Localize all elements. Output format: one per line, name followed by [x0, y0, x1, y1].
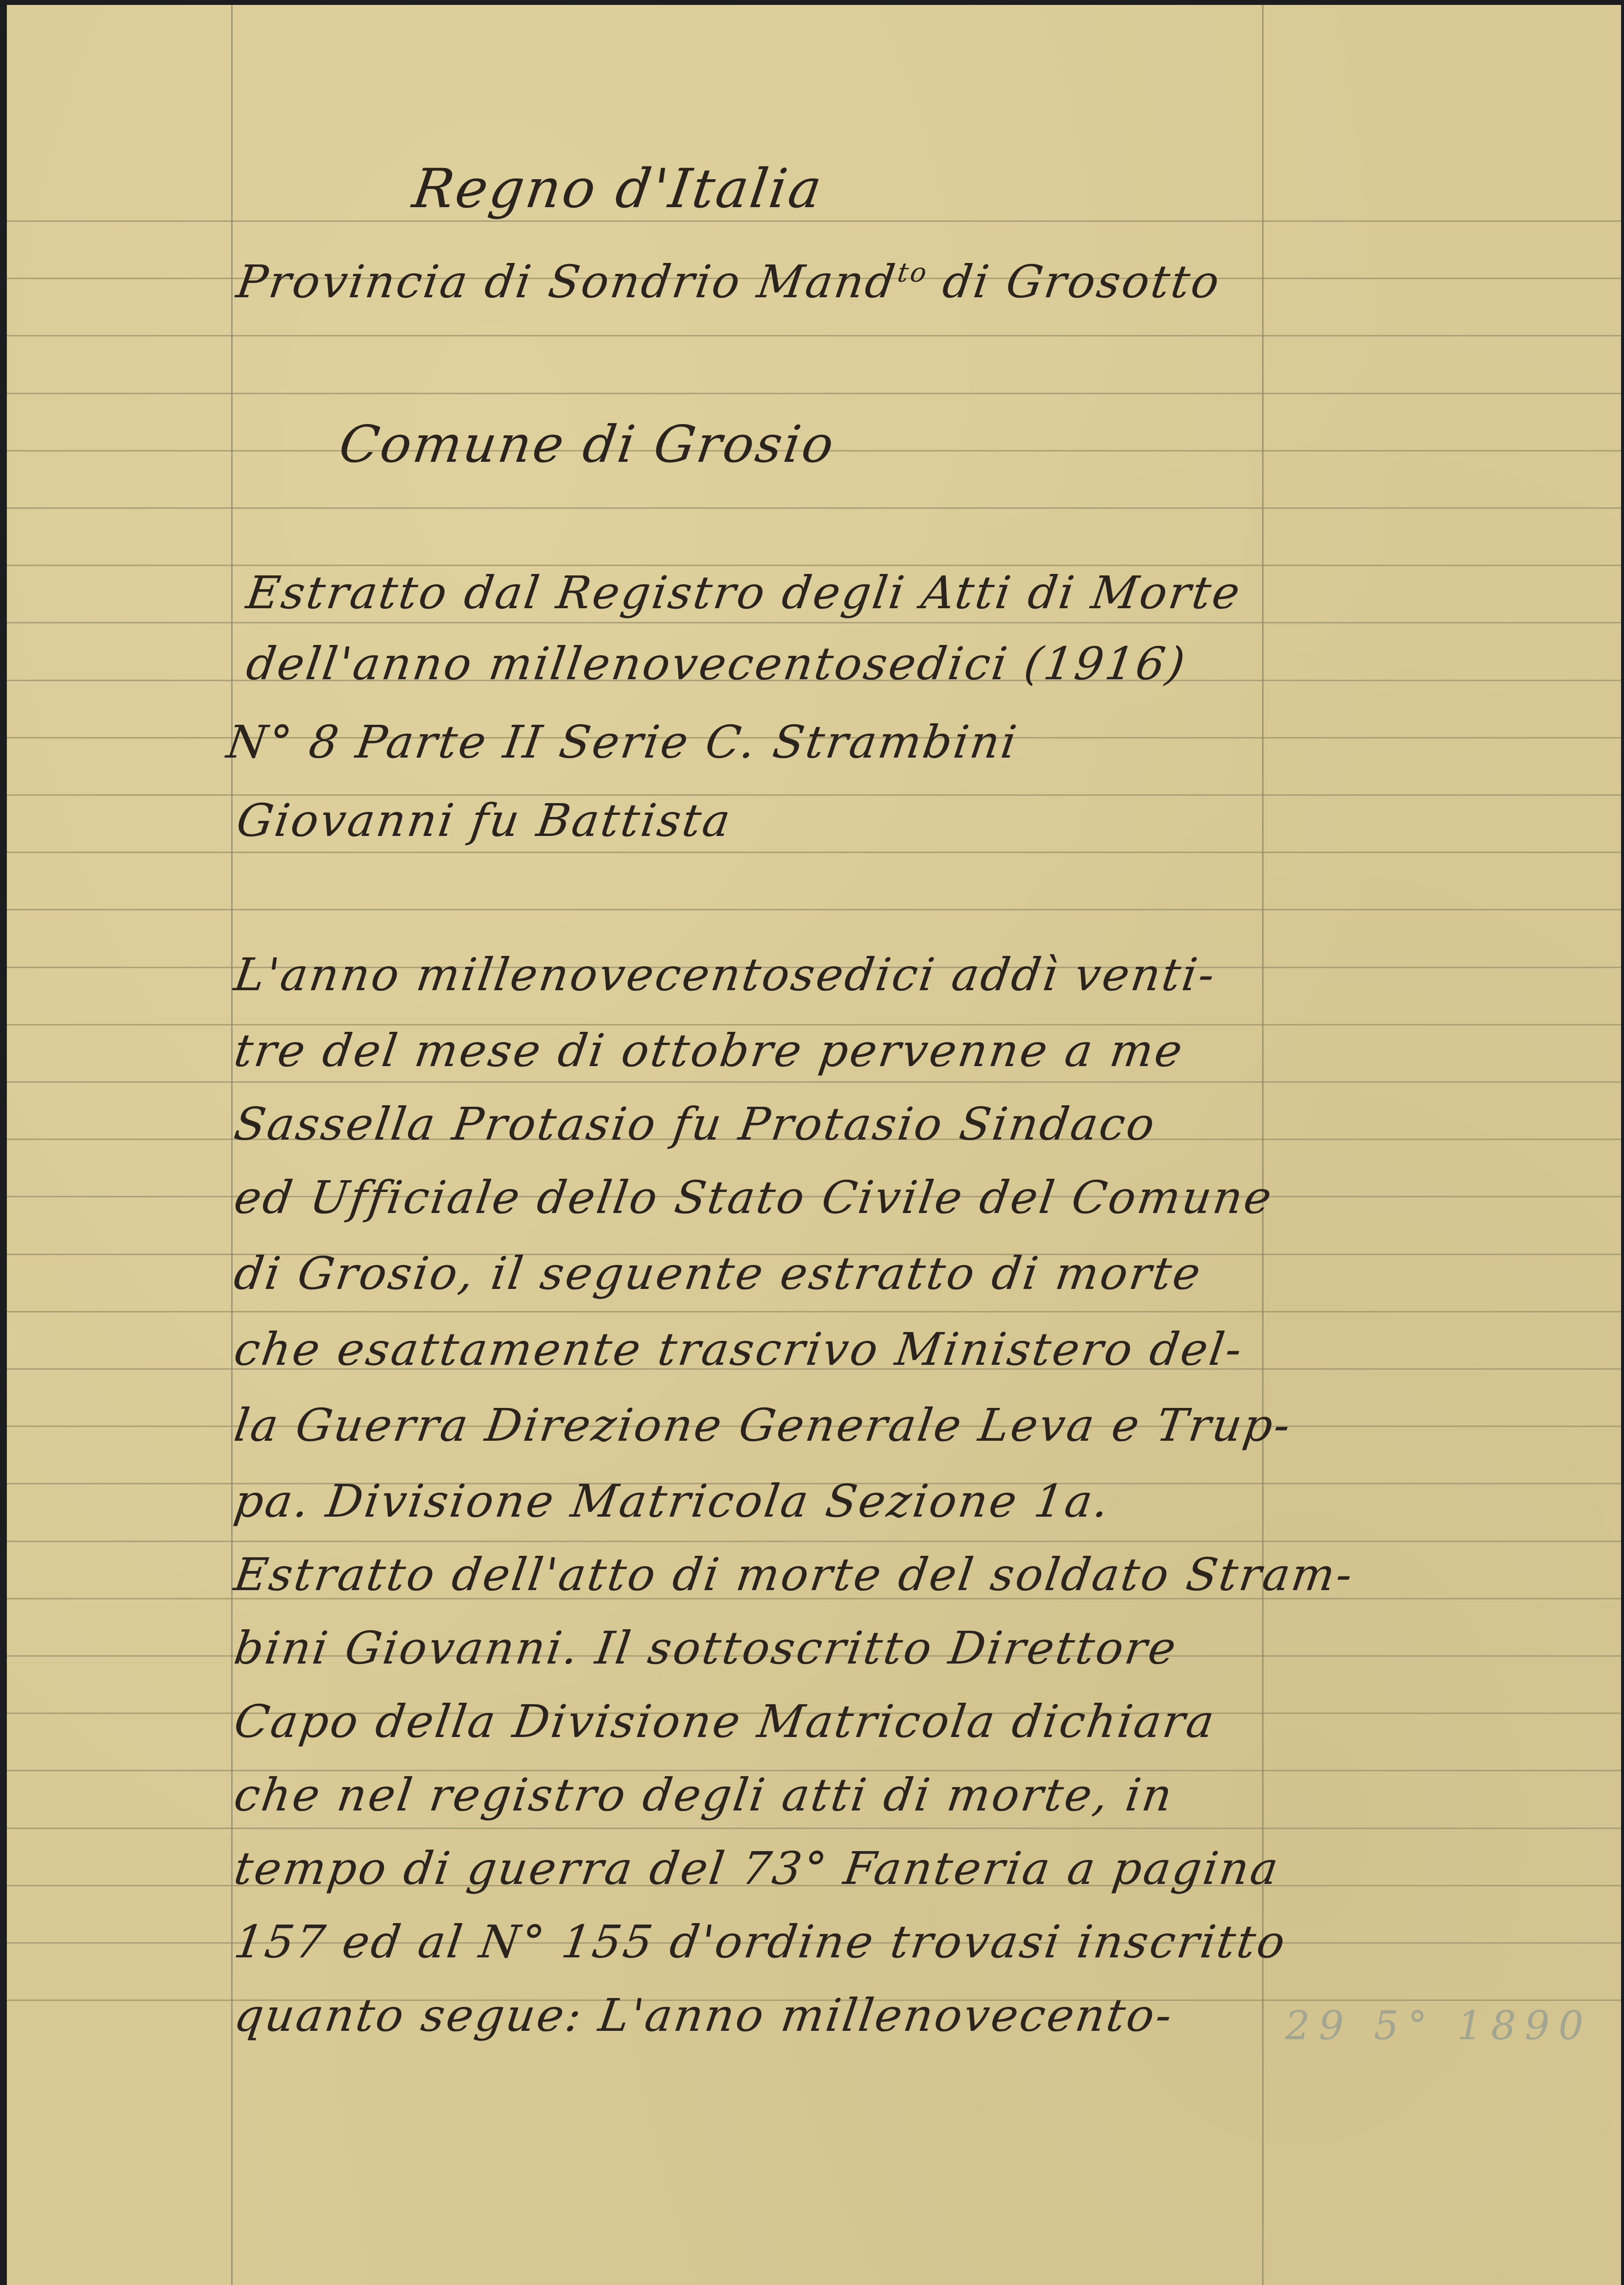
ruled-line: [7, 1828, 1621, 1829]
title-line-2: dell'anno millenovecentosedici (1916): [244, 642, 1190, 687]
body-line: pa. Divisione Matricola Sezione 1a.: [232, 1479, 1114, 1524]
body-line: che nel registro degli atti di morte, in: [232, 1773, 1177, 1818]
body-line: Sassella Protasio fu Protasio Sindaco: [232, 1102, 1159, 1147]
ruled-line: [7, 852, 1621, 853]
header-province-text: Provincia di Sondrio Mand: [234, 256, 900, 308]
body-line: tempo di guerra del 73° Fanteria a pagin…: [232, 1846, 1283, 1891]
body-line: L'anno millenovecentosedici addì venti-: [232, 952, 1219, 998]
pencil-annotation: 29 5° 1890: [1285, 2003, 1592, 2048]
document-page: Regno d'Italia Provincia di Sondrio Mand…: [7, 5, 1621, 2285]
body-line: di Grosio, il seguente estratto di morte: [232, 1251, 1205, 1296]
body-line: ed Ufficiale dello Stato Civile del Comu…: [232, 1175, 1276, 1220]
title-line-1: Estratto dal Registro degli Atti di Mort…: [244, 571, 1244, 616]
ruled-line: [7, 1311, 1621, 1312]
ruled-line: [7, 1541, 1621, 1542]
body-line: la Guerra Direzione Generale Leva e Trup…: [232, 1403, 1295, 1448]
body-line: Estratto dell'atto di morte del soldato …: [232, 1552, 1357, 1597]
body-line: che esattamente trascrivo Ministero del-: [232, 1327, 1246, 1372]
ruled-line: [7, 393, 1621, 394]
body-line: 157 ed al N° 155 d'ordine trovasi inscri…: [232, 1920, 1290, 1965]
ruled-line: [7, 220, 1621, 222]
ruled-line: [7, 622, 1621, 623]
body-line: quanto segue: L'anno millenovecento-: [232, 1993, 1176, 2038]
header-comune: Comune di Grosio: [336, 419, 839, 470]
header-district: di Grosotto: [923, 256, 1224, 308]
title-line-3: N° 8 Parte II Serie C. Strambini: [224, 720, 1021, 765]
ruled-line: [7, 507, 1621, 509]
body-line: bini Giovanni. Il sottoscritto Direttore: [232, 1626, 1181, 1671]
header-province: Provincia di Sondrio Mandto di Grosotto: [234, 260, 1224, 305]
body-line: Capo della Divisione Matricola dichiara: [232, 1699, 1219, 1744]
ruled-line: [7, 335, 1621, 336]
title-line-4: Giovanni fu Battista: [234, 798, 735, 843]
ruled-line: [7, 565, 1621, 566]
body-line: tre del mese di ottobre pervenne a me: [232, 1028, 1187, 1073]
ruled-line: [7, 1081, 1621, 1083]
ruled-line: [7, 909, 1621, 910]
header-province-superscript: to: [896, 257, 931, 288]
header-kingdom: Regno d'Italia: [409, 162, 827, 215]
